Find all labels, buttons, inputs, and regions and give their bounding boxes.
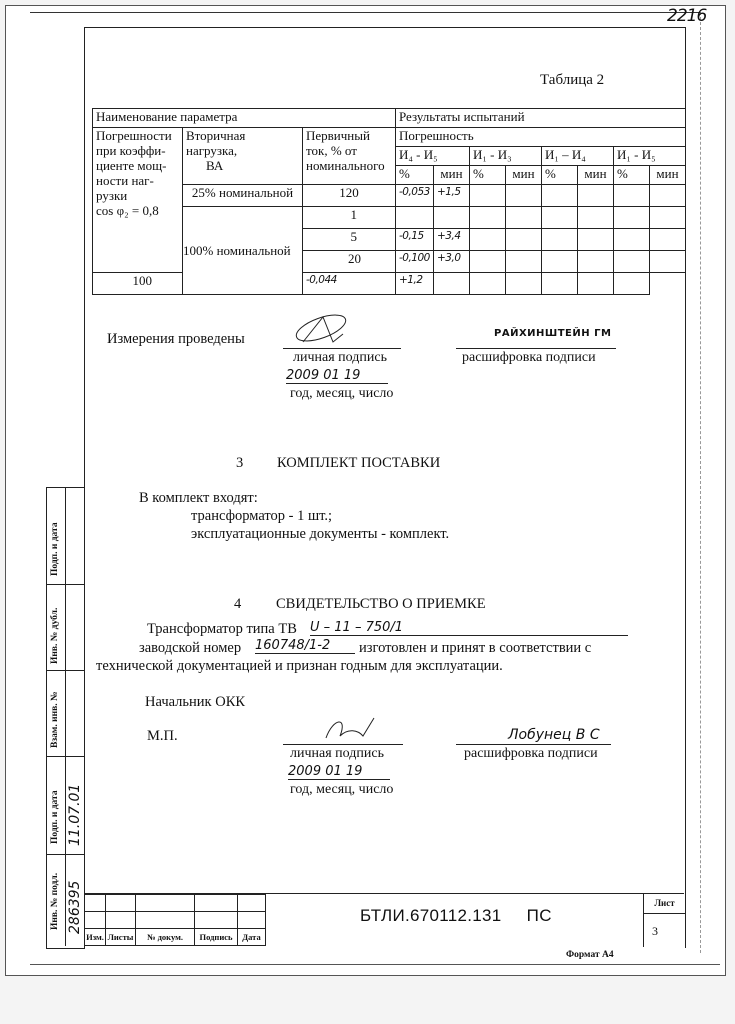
section3-number: 3 <box>236 455 243 472</box>
section4-title: СВИДЕТЕЛЬСТВО О ПРИЕМКЕ <box>276 596 486 613</box>
header-results: Результаты испытаний <box>396 109 686 128</box>
table-row: 100 -0,044 +1,2 <box>93 273 686 295</box>
unit-pct: % <box>396 166 434 185</box>
side-cell: Подп. и дата 11.07.01 <box>47 756 85 855</box>
side-cell: Взам. инв. № <box>47 670 85 757</box>
date-caption: год, месяц, число <box>290 386 393 402</box>
mp-label: М.П. <box>147 728 178 745</box>
decode-caption: расшифровка подписи <box>464 746 598 762</box>
side-strip: Подп. и дата Инв. № дубл. Взам. инв. № П… <box>46 487 85 949</box>
section3-intro: В комплект входят: <box>139 490 258 507</box>
signature-caption: личная подпись <box>293 350 387 366</box>
decode-line <box>456 348 616 349</box>
handwritten-page-number: 2216 <box>667 6 706 26</box>
unit-min: мин <box>650 166 686 185</box>
decode-caption: расшифровка подписи <box>462 350 596 366</box>
type-handwritten: U – 11 – 750/1 <box>310 620 628 636</box>
serial-handwritten: 160748/1-2 <box>255 638 355 654</box>
side-cell: Инв. № подл. 286395 <box>47 854 85 946</box>
decode-stamp: РАЙХИНШТЕЙН ГМ <box>494 328 611 339</box>
date-handwritten: 2009 01 19 <box>286 368 388 384</box>
param-power-factor: Погрешности при коэффи- циенте мощ- ност… <box>93 128 183 273</box>
sheet-number: 3 <box>644 914 685 939</box>
serial-prefix: заводской номер <box>139 640 241 657</box>
unit-min: мин <box>506 166 542 185</box>
document-code: БТЛИ.670112.131 ПС <box>360 906 552 926</box>
section3-item: эксплуатационные документы - комплект. <box>191 526 449 543</box>
decode-line <box>456 744 611 745</box>
unit-pct: % <box>614 166 650 185</box>
section4-number: 4 <box>234 596 241 613</box>
signature-line <box>283 744 403 745</box>
signature-caption: личная подпись <box>290 746 384 762</box>
chief-label: Начальник ОКК <box>145 694 245 711</box>
unit-min: мин <box>434 166 470 185</box>
format-label: Формат А4 <box>566 950 614 960</box>
decode-handwritten: Лобунец В С <box>508 727 600 743</box>
type-prefix: Трансформатор типа ТВ <box>147 621 297 638</box>
unit-min: мин <box>578 166 614 185</box>
group-i1-i4: И₁ – И₄ <box>542 147 614 166</box>
side-cell: Подп. и дата <box>47 488 85 585</box>
unit-pct: % <box>542 166 578 185</box>
results-table: Наименование параметра Результаты испыта… <box>92 108 686 295</box>
bottom-rule <box>30 964 720 965</box>
group-i1-i3: И₁ - И₃ <box>470 147 542 166</box>
unit-pct: % <box>470 166 506 185</box>
date-handwritten: 2009 01 19 <box>288 764 390 780</box>
measurements-label: Измерения проведены <box>107 331 245 348</box>
header-parameter: Наименование параметра <box>93 109 396 128</box>
sheet-box: Лист 3 <box>643 893 685 947</box>
param-secondary-load: Вторичная нагрузка, ВА <box>183 128 303 185</box>
error-label: Погрешность <box>396 128 686 147</box>
group-i4-i5: И₄ - И₅ <box>396 147 470 166</box>
sheet-label: Лист <box>644 893 685 914</box>
param-primary-current: Первичный ток, % от номинального <box>303 128 396 185</box>
signature-icon <box>293 312 343 352</box>
table-caption: Таблица 2 <box>540 72 604 89</box>
date-caption: год, месяц, число <box>290 782 393 798</box>
section4-line3: технической документацией и признан годн… <box>96 658 503 675</box>
serial-suffix: изготовлен и принят в соответствии с <box>359 640 591 657</box>
side-cell: Инв. № дубл. <box>47 584 85 671</box>
group-i1-i5: И₁ - И₅ <box>614 147 686 166</box>
section3-item: трансформатор - 1 шт.; <box>191 508 332 525</box>
section3-title: КОМПЛЕКТ ПОСТАВКИ <box>277 455 440 472</box>
signature-line <box>283 348 401 349</box>
signature-icon <box>318 708 378 748</box>
load-100: 100% номинальной <box>183 207 303 295</box>
revision-grid: Изм. Листы № докум. Подпись Дата <box>84 894 266 946</box>
